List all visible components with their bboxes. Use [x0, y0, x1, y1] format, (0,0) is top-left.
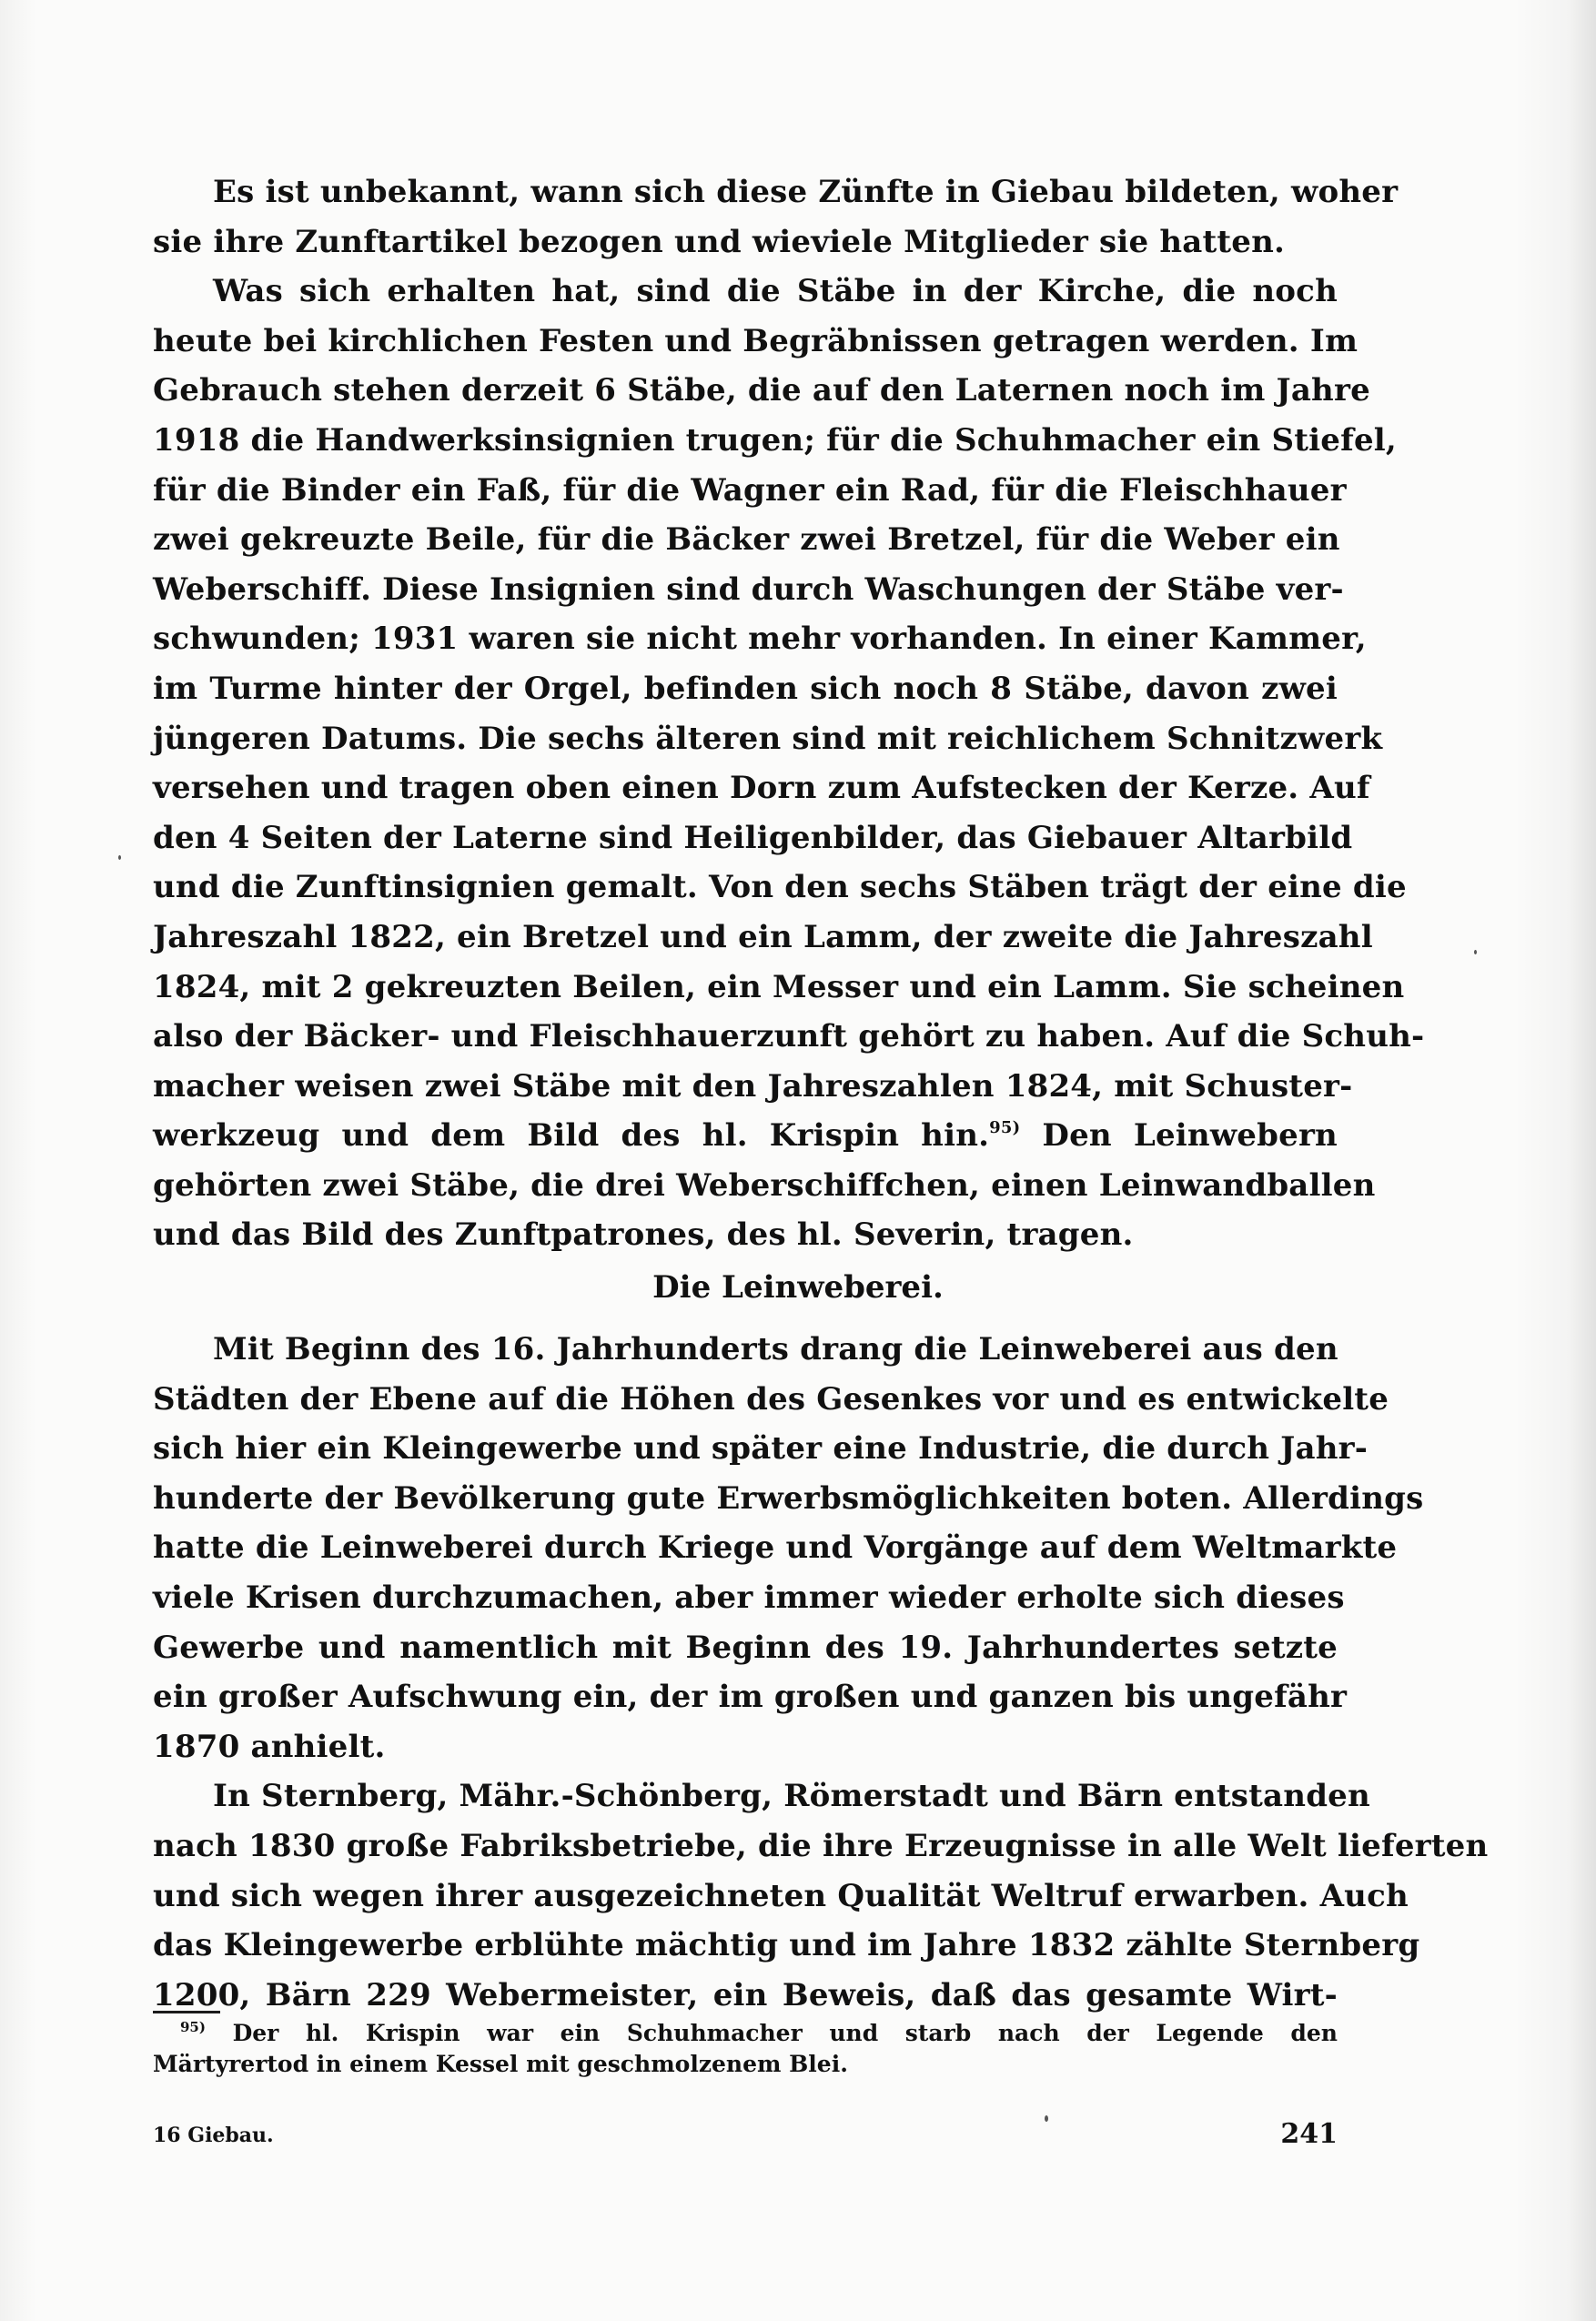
printer-signature: 16 Giebau. [153, 2124, 274, 2147]
footnote-divider [153, 2011, 220, 2013]
scan-speck [1474, 950, 1477, 954]
body-line: also der Bäcker- und Fleischhauerzunft g… [153, 1012, 1338, 1062]
body-line: 1870 anhielt. [153, 1722, 1338, 1772]
body-line: 1918 die Handwerksinsignien trugen; für … [153, 416, 1338, 466]
scan-speck [1045, 2115, 1048, 2122]
section-linen-weaving: Mit Beginn des 16. Jahrhunderts drang di… [153, 1325, 1338, 2020]
section-guild-staffs: Es ist unbekannt, wann sich diese Zünfte… [153, 167, 1338, 1260]
body-line-text: werkzeug und dem Bild des hl. Krispin hi… [153, 1117, 989, 1154]
body-line: und die Zunftinsignien gemalt. Von den s… [153, 863, 1338, 913]
body-line: den 4 Seiten der Laterne sind Heiligenbi… [153, 813, 1338, 863]
body-line: In Sternberg, Mähr.-Schönberg, Römerstad… [153, 1771, 1338, 1821]
footnote-text: Der hl. Krispin war ein Schuhmacher und … [233, 2020, 1338, 2046]
body-line: schwunden; 1931 waren sie nicht mehr vor… [153, 614, 1338, 664]
body-line: hunderte der Bevölkerung gute Erwerbsmög… [153, 1474, 1338, 1524]
body-line: Gebrauch stehen derzeit 6 Stäbe, die auf… [153, 366, 1338, 416]
body-line: zwei gekreuzte Beile, für die Bäcker zwe… [153, 515, 1338, 565]
body-line: Es ist unbekannt, wann sich diese Zünfte… [153, 167, 1338, 217]
body-line: Weberschiff. Diese Insignien sind durch … [153, 565, 1338, 615]
scanned-book-page: Es ist unbekannt, wann sich diese Zünfte… [0, 0, 1596, 2321]
footnote-line: Märtyrertod in einem Kessel mit geschmol… [153, 2049, 1338, 2080]
body-line: gehörten zwei Stäbe, die drei Weberschif… [153, 1161, 1338, 1211]
body-line: das Kleingewerbe erblühte mächtig und im… [153, 1921, 1338, 1971]
page-number: 241 [1280, 2118, 1338, 2150]
body-line: Städten der Ebene auf die Höhen des Gese… [153, 1375, 1338, 1425]
body-line: 1824, mit 2 gekreuzten Beilen, ein Messe… [153, 963, 1338, 1013]
body-line: macher weisen zwei Stäbe mit den Jahresz… [153, 1062, 1338, 1112]
body-line: ein großer Aufschwung ein, der im großen… [153, 1672, 1338, 1722]
body-line-tail: Den Leinwebern [1042, 1117, 1338, 1154]
scan-speck [118, 855, 121, 860]
footnote-line: 95) Der hl. Krispin war ein Schuhmacher … [153, 2018, 1338, 2049]
body-line: für die Binder ein Faß, für die Wagner e… [153, 466, 1338, 516]
body-line: 1200, Bärn 229 Webermeister, ein Beweis,… [153, 1971, 1338, 2021]
body-line: Gewerbe und namentlich mit Beginn des 19… [153, 1623, 1338, 1673]
body-line: und das Bild des Zunftpatrones, des hl. … [153, 1210, 1338, 1260]
body-line: sich hier ein Kleingewerbe und später ei… [153, 1424, 1338, 1474]
body-line: versehen und tragen oben einen Dorn zum … [153, 763, 1338, 813]
footnote-number: 95) [180, 2019, 206, 2035]
body-line: nach 1830 große Fabriksbetriebe, die ihr… [153, 1821, 1338, 1872]
section-heading: Die Leinweberei. [0, 1263, 1596, 1312]
body-line: viele Krisen durchzumachen, aber immer w… [153, 1573, 1338, 1623]
body-line: Was sich erhalten hat, sind die Stäbe in… [153, 267, 1338, 317]
body-line: und sich wegen ihrer ausgezeichneten Qua… [153, 1872, 1338, 1922]
body-line-with-footnote: werkzeug und dem Bild des hl. Krispin hi… [153, 1111, 1338, 1161]
body-line: Jahreszahl 1822, ein Bretzel und ein Lam… [153, 913, 1338, 963]
body-line: Mit Beginn des 16. Jahrhunderts drang di… [153, 1325, 1338, 1375]
body-line: hatte die Leinweberei durch Kriege und V… [153, 1523, 1338, 1573]
body-line: sie ihre Zunftartikel bezogen und wievie… [153, 217, 1338, 267]
body-line: im Turme hinter der Orgel, befinden sich… [153, 664, 1338, 714]
footnote: 95) Der hl. Krispin war ein Schuhmacher … [153, 2018, 1338, 2080]
footnote-reference[interactable]: 95) [989, 1118, 1020, 1137]
body-line: jüngeren Datums. Die sechs älteren sind … [153, 714, 1338, 764]
body-line: heute bei kirchlichen Festen und Begräbn… [153, 317, 1338, 367]
